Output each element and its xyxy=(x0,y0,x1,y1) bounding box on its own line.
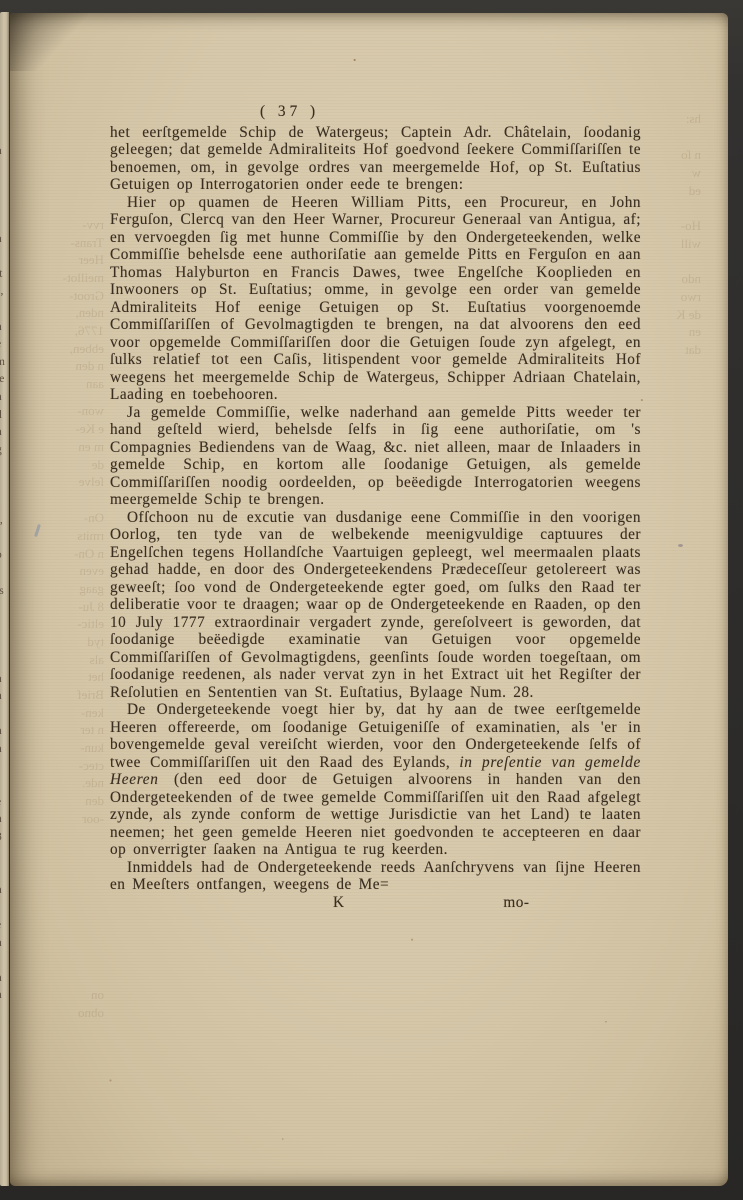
paragraph-resolution: Ofſchoon nu de excutie van dusdanige een… xyxy=(110,509,641,702)
paragraph-authorisation: Ja gemelde Commiſſie, welke naderhand aa… xyxy=(110,404,641,509)
paragraph-continuation: het eerſtgemelde Schip de Watergeus; Cap… xyxy=(110,124,641,194)
paragraph-offer: De Ondergeteekende voegt hier by, dat hy… xyxy=(110,701,641,859)
catchword: mo- xyxy=(503,894,529,912)
signature-row: K mo- xyxy=(110,894,641,912)
paragraph-offer-after: (den eed door de Getuigen alvoorens in h… xyxy=(110,771,641,858)
page-number: ( 37 ) xyxy=(260,103,641,121)
facing-page-edge-sliver xyxy=(0,12,9,1186)
paragraph-commission: Hier op quamen de Heeren William Pitts, … xyxy=(110,194,641,404)
signature-mark: K xyxy=(333,894,345,912)
scanned-book-page: ( 37 ) het eerſtgemelde Schip de Waterge… xyxy=(0,0,743,1200)
text-block: ( 37 ) het eerſtgemelde Schip de Waterge… xyxy=(110,103,641,912)
paragraph-closing: Inmiddels had de Ondergeteekende reeds A… xyxy=(110,859,641,894)
book-page: ( 37 ) het eerſtgemelde Schip de Waterge… xyxy=(10,13,728,1186)
ink-speck xyxy=(678,544,683,547)
page-corner-fold xyxy=(10,13,88,71)
